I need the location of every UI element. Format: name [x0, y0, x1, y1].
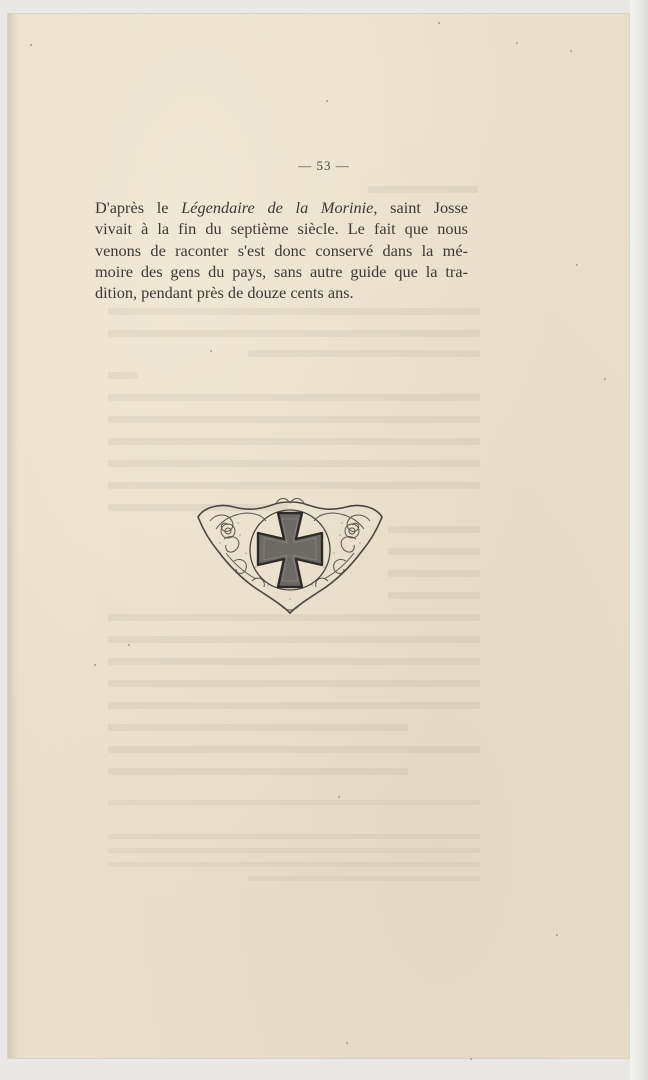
book-title-italic: Légendaire de la Morinie	[181, 198, 373, 217]
text-line: vivait à la fin du septième siècle. Le f…	[95, 218, 468, 239]
paper-speck	[470, 1058, 472, 1060]
paper-speck	[94, 664, 96, 666]
page-number: — 53 —	[0, 158, 648, 174]
text-run: D'après le	[95, 198, 181, 217]
paper-speck	[516, 42, 518, 44]
text-line: dition, pendant près de douze cents ans.	[95, 282, 468, 303]
paragraph: D'après le Légendaire de la Morinie, sai…	[95, 197, 468, 303]
cross-pattee-ornament-icon	[190, 495, 390, 620]
paper-speck	[346, 1042, 348, 1044]
text-run: , saint Josse	[373, 198, 468, 217]
paper-speck	[604, 378, 606, 380]
paper-speck	[576, 264, 578, 266]
paper-speck	[128, 644, 130, 646]
paper-speck	[438, 22, 440, 24]
text-line: moire des gens du pays, sans autre guide…	[95, 261, 468, 282]
paper-speck	[210, 350, 212, 352]
paper-speck	[556, 934, 558, 936]
text-line: D'après le Légendaire de la Morinie, sai…	[95, 197, 468, 218]
paper-speck	[30, 44, 32, 46]
text-line: venons de raconter s'est donc conservé d…	[95, 240, 468, 261]
paper-speck	[326, 100, 328, 102]
paper-speck	[570, 50, 572, 52]
paper-speck	[338, 796, 340, 798]
